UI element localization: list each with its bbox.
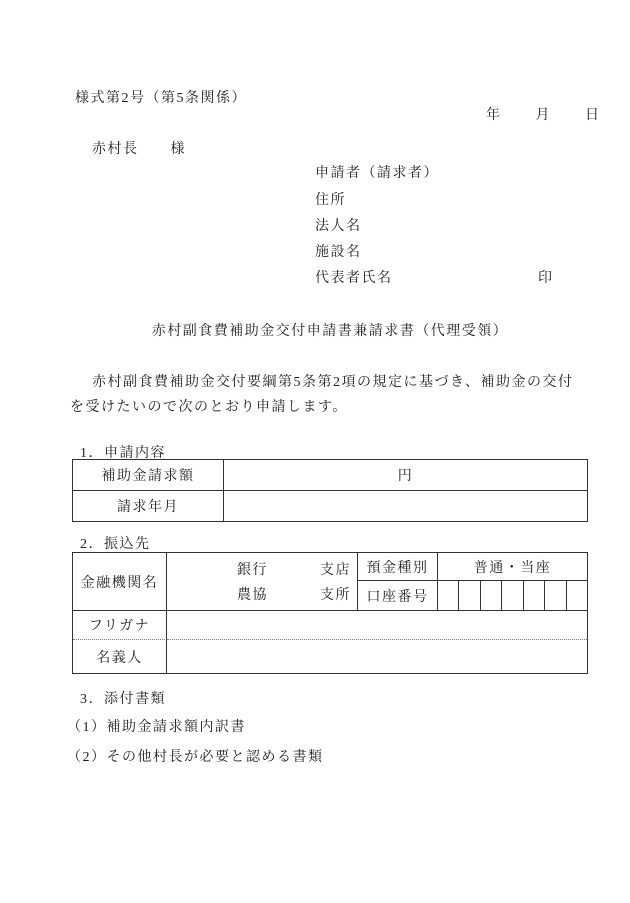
address-label: 住所 [315,189,346,209]
account-digit-cell [566,581,587,610]
body-text-line: を受けたいので次のとおり申請します。 [70,396,348,416]
bank-label: 銀行 [237,559,268,579]
branch-label: 支店 [320,559,351,579]
account-digit-cell [523,581,544,610]
date-year-label: 年 [486,104,502,124]
branch-office-label: 支所 [320,584,351,604]
table-row-label: 補助金請求額 [73,460,224,491]
addressee-name: 赤村長 [92,142,139,157]
financial-institution-label: 金融機関名 [73,553,167,610]
account-digit-cell [480,581,501,610]
billing-month-value-cell [224,491,587,522]
attachment-item: （2）その他村長が必要と認める書類 [67,746,324,766]
section3-heading: 3．添付書類 [80,688,166,708]
form-number: 様式第2号（第5条関係） [75,87,247,107]
table-row-label: 請求年月 [73,491,224,522]
addressee-line: 赤村長様 [92,138,186,158]
body-text-line: 赤村副食費補助金交付要綱第5条第2項の規定に基づき、補助金の交付 [92,371,573,391]
account-digit-cell [544,581,565,610]
date-month-label: 月 [536,104,552,124]
bank-transfer-table: 金融機関名 銀行 支店 農協 支所 預金種別 普通・当座 口座番号 フリガナ 名… [72,552,588,674]
corporation-name-label: 法人名 [315,215,362,235]
section2-heading: 2．振込先 [80,533,151,553]
date-line: 年 月 日 [486,104,601,124]
account-holder-value-cell [167,639,587,673]
account-digit-cell [438,581,458,610]
date-day-label: 日 [585,104,601,124]
bank-branch-line: 銀行 支店 [167,559,357,579]
account-number-label: 口座番号 [358,581,438,610]
furigana-label: フリガナ [73,610,167,639]
deposit-type-value: 普通・当座 [438,553,587,581]
attachment-item: （1）補助金請求額内訳書 [67,716,246,736]
coop-office-line: 農協 支所 [167,584,357,604]
document-page: 様式第2号（第5条関係） 年 月 日 赤村長様 申請者（請求者） 住所 法人名 … [0,0,630,903]
applicant-label: 申請者（請求者） [315,162,439,182]
account-digit-cell [501,581,522,610]
account-digit-cells [438,581,587,610]
facility-name-label: 施設名 [315,241,362,261]
representative-name-label: 代表者氏名 [315,267,393,287]
coop-label: 農協 [237,584,268,604]
amount-value-cell: 円 [224,460,587,491]
furigana-value-cell [167,610,587,639]
seal-label: 印 [538,267,554,287]
addressee-honorific: 様 [171,142,187,157]
account-digit-cell [458,581,479,610]
document-title: 赤村副食費補助金交付申請書兼請求書（代理受領） [70,320,590,340]
bank-name-cell: 銀行 支店 農協 支所 [167,553,358,610]
application-content-table: 補助金請求額 円 請求年月 [72,459,588,522]
deposit-type-label: 預金種別 [358,553,438,581]
account-holder-label: 名義人 [73,639,167,673]
